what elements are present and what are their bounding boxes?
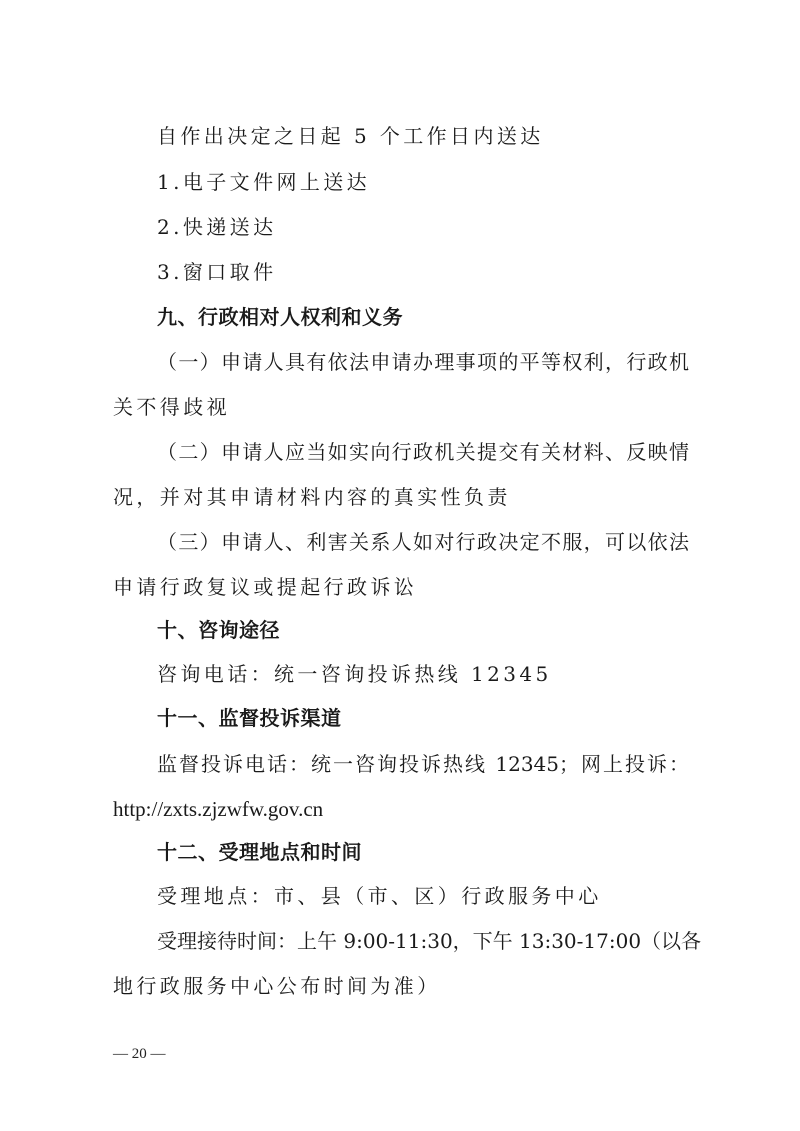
section-9-item-3-line-2: 申请行政复议或提起行政诉讼 [113,575,689,599]
acceptance-location: 受理地点：市、县（市、区）行政服务中心 [157,884,689,908]
delivery-method-2: 2.快递送达 [157,215,689,239]
section-9-item-1-line-2: 关不得歧视 [113,395,689,419]
complaint-phone-line: 监督投诉电话：统一咨询投诉热线 12345；网上投诉： [157,752,689,776]
acceptance-hours-line-2: 地行政服务中心公布时间为准） [113,974,689,998]
consult-phone: 咨询电话：统一咨询投诉热线 12345 [157,662,689,686]
section-9-item-1-line-1: （一）申请人具有依法申请办理事项的平等权利，行政机 [157,350,689,374]
section-9-item-2-line-1: （二）申请人应当如实向行政机关提交有关材料、反映情 [157,440,689,464]
delivery-method-3: 3.窗口取件 [157,260,689,284]
page-number: — 20 — [113,1046,166,1063]
section-9-heading: 九、行政相对人权利和义务 [157,305,689,329]
section-11-heading: 十一、监督投诉渠道 [157,706,689,730]
section-10-heading: 十、咨询途径 [157,618,689,642]
delivery-method-1: 1.电子文件网上送达 [157,170,689,194]
document-page: 自作出决定之日起 5 个工作日内送达 1.电子文件网上送达 2.快递送达 3.窗… [0,0,800,1131]
delivery-deadline: 自作出决定之日起 5 个工作日内送达 [157,124,689,148]
section-12-heading: 十二、受理地点和时间 [157,840,689,864]
complaint-url-link[interactable]: http://zxts.zjzwfw.gov.cn [113,797,689,821]
section-9-item-2-line-2: 况，并对其申请材料内容的真实性负责 [113,485,689,509]
acceptance-hours-line-1: 受理接待时间：上午 9:00-11:30，下午 13:30-17:00（以各 [157,929,689,953]
section-9-item-3-line-1: （三）申请人、利害关系人如对行政决定不服，可以依法 [157,530,689,554]
